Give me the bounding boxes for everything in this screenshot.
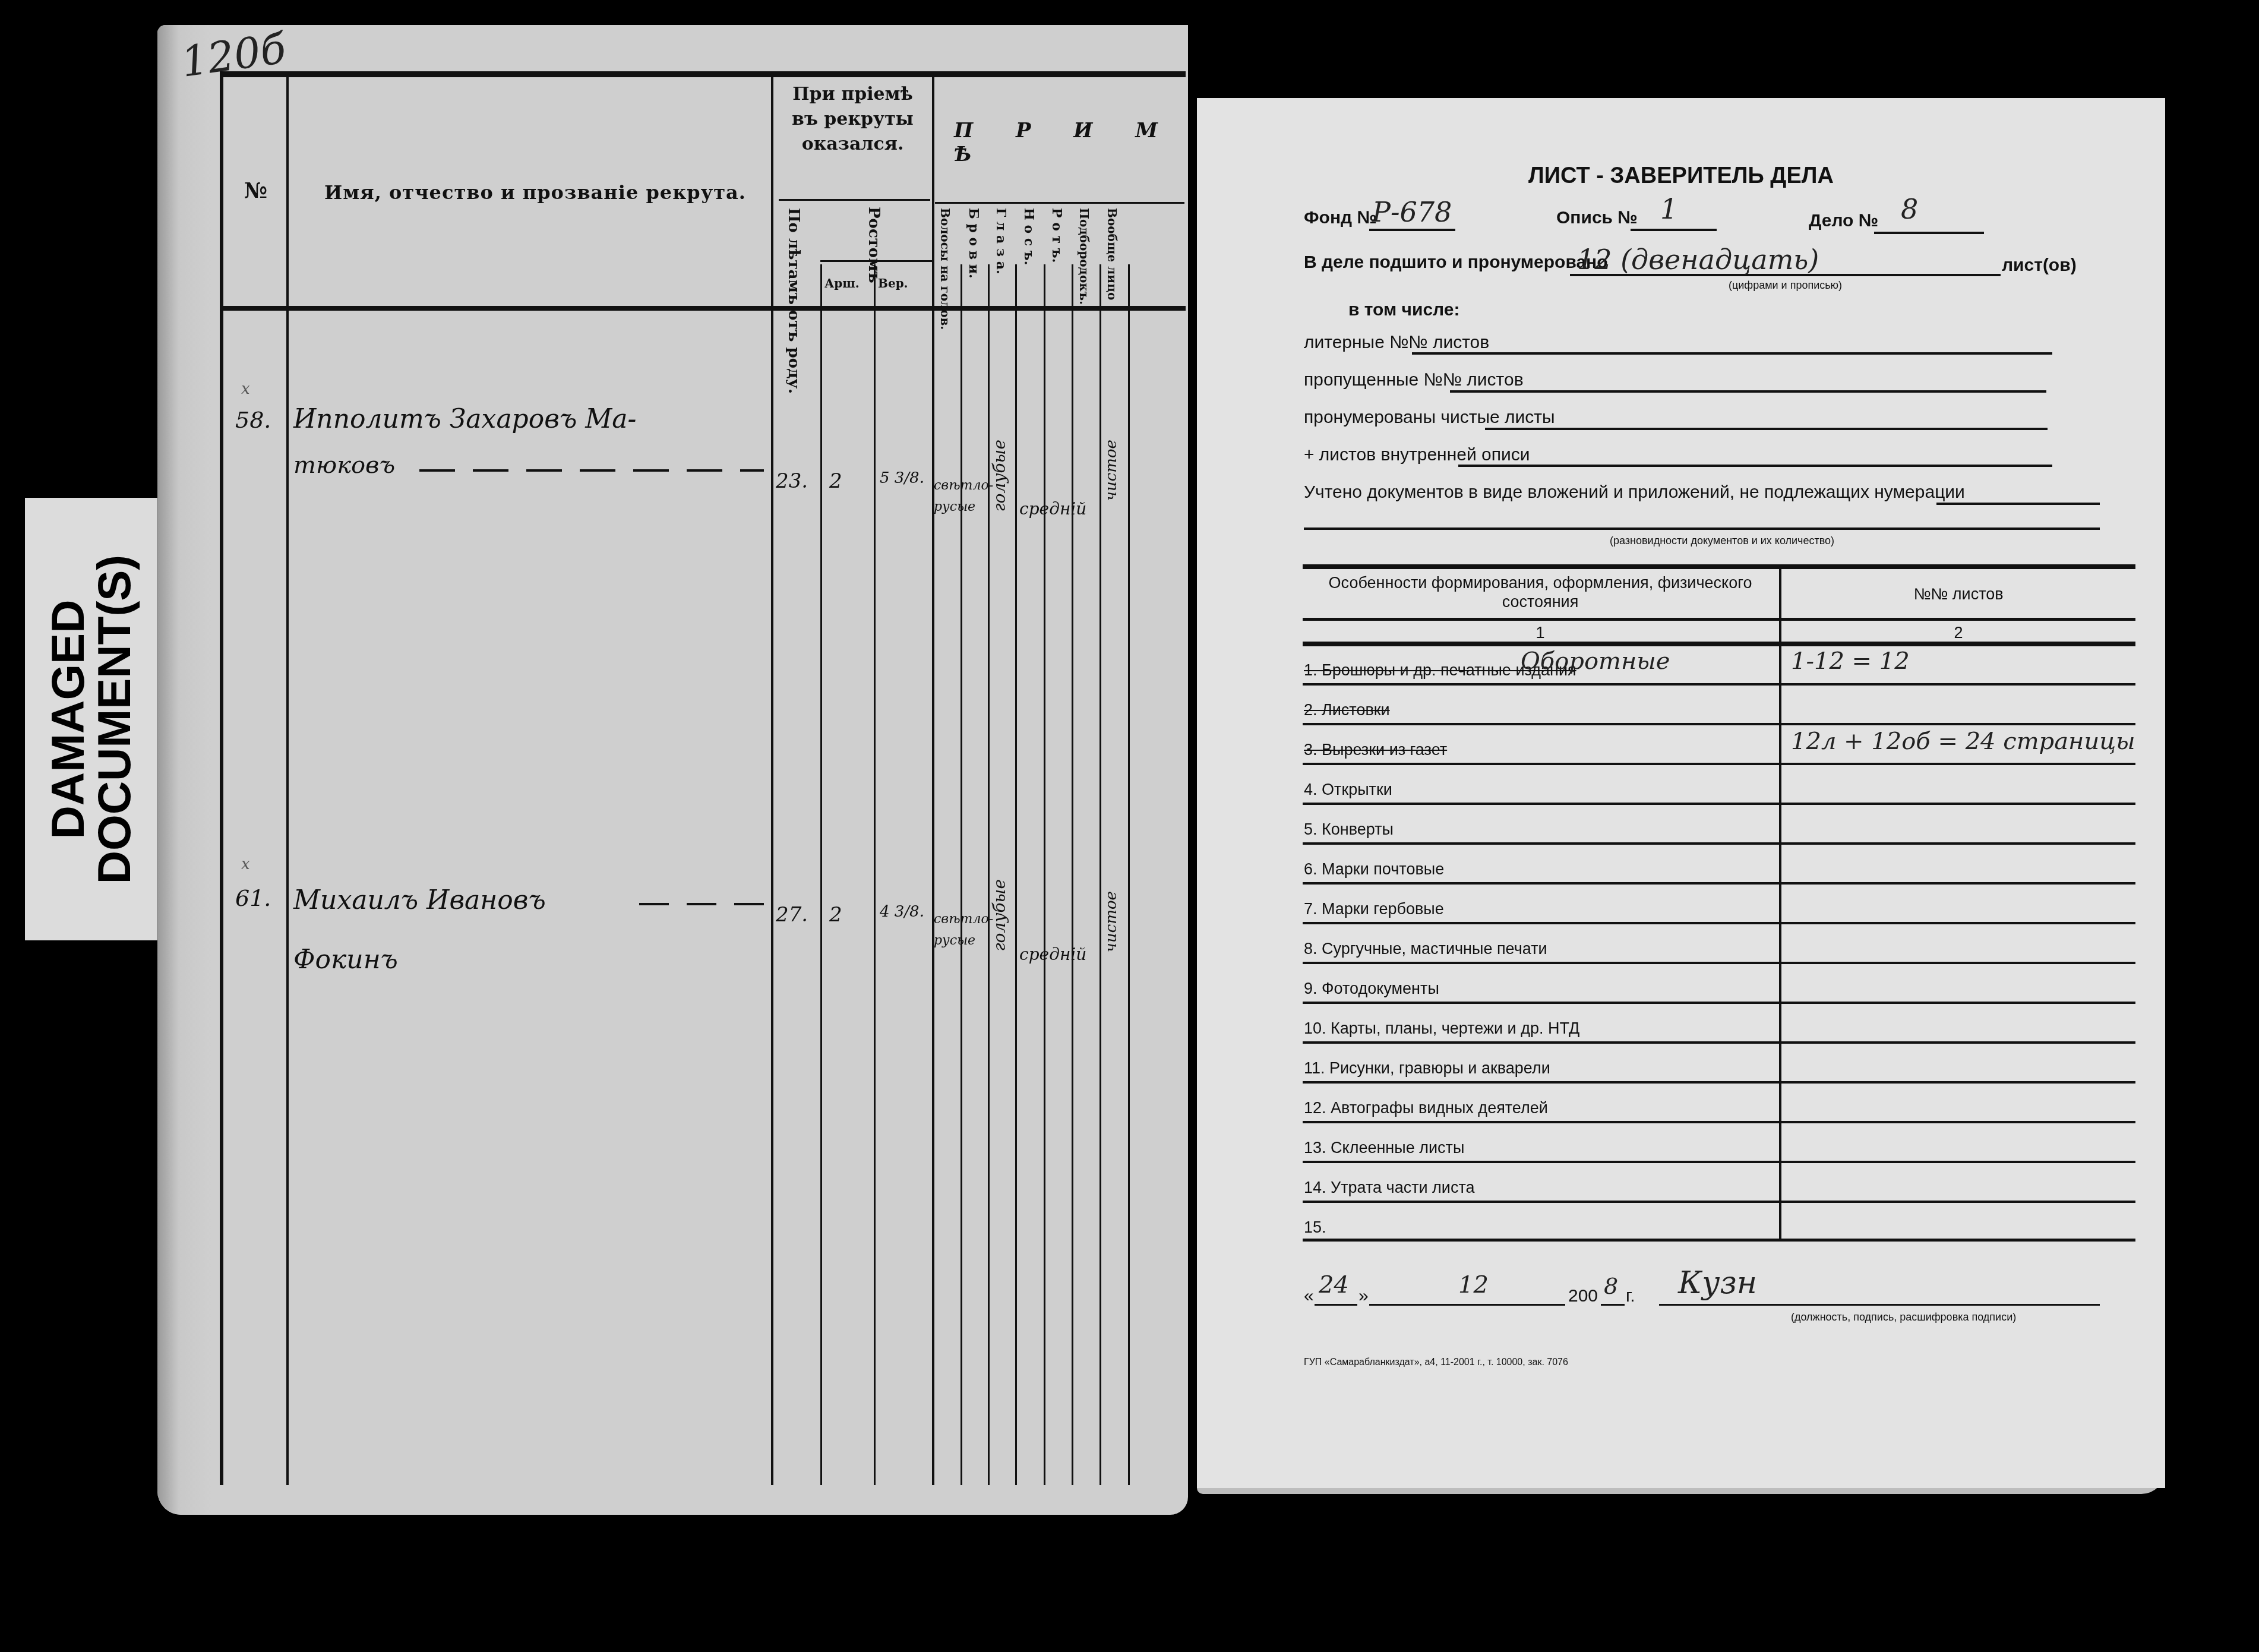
header-chin: Подбородокъ. xyxy=(1077,208,1091,305)
opis-value[interactable]: 1 xyxy=(1660,193,1677,225)
table-row-sheets[interactable]: 12л + 12об = 24 страницы xyxy=(1791,728,2135,755)
entry-mark: x xyxy=(241,380,250,398)
lettered-label: литерные №№ листов xyxy=(1304,333,1489,353)
entry-face: чистое xyxy=(1102,440,1120,501)
blank-numbered-field[interactable] xyxy=(1485,428,2048,430)
attachments-field-2[interactable] xyxy=(1304,527,2100,530)
including-label: в том числе: xyxy=(1348,300,1459,320)
col-divider xyxy=(874,264,876,1485)
certification-sheet: ЛИСТ - ЗАВЕРИТЕЛЬ ДЕЛА Фонд № Р-678 Опис… xyxy=(1197,98,2165,1488)
entry-chin: средній xyxy=(1019,499,1086,519)
table-row-rule xyxy=(1303,962,2135,964)
blank-numbered-label: пронумерованы чистые листы xyxy=(1304,408,1555,428)
table-row-label: 2. Листовки xyxy=(1304,701,1390,719)
day-underline xyxy=(1315,1304,1357,1306)
entry-name: Михаилъ Ивановъ xyxy=(293,885,546,915)
header-top-rule xyxy=(223,71,1186,77)
signature-hint: (должность, подпись, расшифровка подписи… xyxy=(1791,1311,2016,1324)
fill-dashes xyxy=(639,903,764,905)
recruit-ledger-page: 120б № Имя, отчество и прозваніе рекрута… xyxy=(157,25,1188,1515)
delo-underline xyxy=(1874,232,1984,234)
table-rule xyxy=(1303,618,2135,621)
col-divider xyxy=(932,71,934,1485)
col-divider xyxy=(286,71,289,1485)
table-colnum-1: 1 xyxy=(1303,624,1778,642)
table-row-rule xyxy=(1303,1002,2135,1004)
table-header-col2: №№ листов xyxy=(1781,585,2135,604)
entry-arshin: 2 xyxy=(829,469,842,493)
table-row-rule xyxy=(1303,922,2135,924)
damaged-label-line1: DAMAGED xyxy=(45,554,91,884)
header-vershok: Вер. xyxy=(878,276,908,290)
opis-underline xyxy=(1631,229,1717,231)
printer-imprint: ГУП «Самарабланкиздат», а4, 11-2001 г., … xyxy=(1304,1357,1568,1368)
table-row-label: 5. Конверты xyxy=(1304,820,1394,839)
entry-name: Ипполитъ Захаровъ Ма- xyxy=(293,404,636,434)
entry-eyes: голубые xyxy=(990,879,1009,952)
damaged-document-label: DAMAGED DOCUMENT(S) xyxy=(25,498,163,940)
col-divider xyxy=(771,71,773,1485)
col-divider xyxy=(1015,264,1017,1485)
fond-underline xyxy=(1369,229,1455,231)
table-row-rule xyxy=(1303,1081,2135,1084)
table-row-rule xyxy=(1303,803,2135,805)
opis-label: Опись № xyxy=(1556,208,1638,228)
ledger-spine xyxy=(157,25,211,1515)
fond-label: Фонд № xyxy=(1304,208,1377,228)
table-bottom-rule xyxy=(1303,1239,2135,1242)
table-top-rule xyxy=(1303,564,2135,569)
table-row-rule xyxy=(1303,763,2135,765)
header-reception-group: При пріемѣ въ рекруты оказался. xyxy=(777,82,928,157)
entry-vershok: 5 3/8. xyxy=(880,469,924,487)
sewn-value[interactable]: 12 (двенадцать) xyxy=(1577,244,1819,276)
sewn-suffix: лист(ов) xyxy=(2002,255,2077,276)
header-arshin: Арш. xyxy=(824,276,860,290)
date-year-unit: г. xyxy=(1626,1286,1635,1306)
header-height-group: Ростомъ xyxy=(865,207,883,283)
year-underline xyxy=(1601,1304,1625,1306)
entry-age: 23. xyxy=(776,469,808,493)
header-brows: Б р о в и. xyxy=(966,208,981,279)
table-row-rule xyxy=(1303,723,2135,725)
attachments-field[interactable] xyxy=(1936,503,2100,505)
entry-mark: x xyxy=(241,855,250,873)
damaged-label-text: DAMAGED DOCUMENT(S) xyxy=(45,554,137,884)
signature-underline xyxy=(1659,1304,2100,1306)
skipped-label: пропущенные №№ листов xyxy=(1304,370,1524,390)
table-row-rule xyxy=(1303,1161,2135,1163)
attachments-label: Учтено документов в виде вложений и прил… xyxy=(1304,482,1965,503)
ledger-table: № Имя, отчество и прозваніе рекрута. При… xyxy=(220,71,1186,1485)
lettered-field[interactable] xyxy=(1412,352,2052,355)
subheader-rule xyxy=(779,199,930,201)
header-hair: Волосы на голов. xyxy=(938,208,952,330)
damaged-label-line2: DOCUMENT(S) xyxy=(91,554,137,884)
skipped-field[interactable] xyxy=(1450,390,2046,393)
table-row-note[interactable]: Оборотные xyxy=(1521,647,1670,675)
table-column-divider xyxy=(1779,564,1781,1239)
entry-age: 27. xyxy=(776,903,808,927)
header-number: № xyxy=(244,178,267,203)
table-row-sheets[interactable]: 1-12 = 12 xyxy=(1791,647,1910,675)
header-name: Имя, отчество и прозваніе рекрута. xyxy=(324,181,746,204)
table-row-label: 15. xyxy=(1304,1218,1326,1237)
delo-value[interactable]: 8 xyxy=(1901,193,1918,225)
header-nose: Н о с ъ. xyxy=(1021,208,1037,265)
entry-arshin: 2 xyxy=(829,903,842,927)
date-close-quote: » xyxy=(1358,1286,1369,1306)
header-mouth: Р о т ъ. xyxy=(1049,208,1064,263)
table-row-label: 8. Сургучные, мастичные печати xyxy=(1304,940,1547,958)
attachments-hint: (разновидности документов и их количеств… xyxy=(1610,535,1834,547)
table-row-rule xyxy=(1303,842,2135,845)
entry-chin: средній xyxy=(1019,945,1086,964)
date-open-quote: « xyxy=(1304,1286,1314,1306)
col-divider xyxy=(820,264,822,1485)
entry-name-cont: Фокинъ xyxy=(293,945,398,975)
entry-hair: свѣтло-русые xyxy=(934,909,987,952)
table-row-label: 4. Открытки xyxy=(1304,781,1392,799)
table-row-rule xyxy=(1303,683,2135,686)
table-row-label: 9. Фотодокументы xyxy=(1304,980,1439,998)
table-row-label: 7. Марки гербовые xyxy=(1304,900,1444,918)
entry-number: 58. xyxy=(235,407,271,433)
table-row-label: 10. Карты, планы, чертежи и др. НТД xyxy=(1304,1019,1579,1038)
internal-inventory-label: + листов внутренней описи xyxy=(1304,445,1530,465)
table-row-rule xyxy=(1303,1201,2135,1203)
header-eyes: Г л а з а. xyxy=(993,208,1009,274)
table-row-rule xyxy=(1303,1121,2135,1123)
header-bottom-rule xyxy=(223,306,1186,311)
subheader-rule xyxy=(935,202,1184,204)
signature[interactable]: Кузн xyxy=(1678,1265,1757,1301)
col-divider xyxy=(1072,264,1073,1485)
header-face: Вообще лицо xyxy=(1105,208,1119,300)
internal-inventory-field[interactable] xyxy=(1458,465,2052,467)
date-year-prefix: 200 xyxy=(1568,1286,1598,1306)
header-age: По лѣтамъ отъ роду. xyxy=(785,208,803,303)
table-row-label: 6. Марки почтовые xyxy=(1304,860,1444,879)
fond-value[interactable]: Р-678 xyxy=(1372,196,1452,228)
entry-number: 61. xyxy=(235,885,271,911)
sewn-label: В деле подшито и пронумеровано xyxy=(1304,252,1608,273)
entry-hair: свѣтло-русые xyxy=(934,475,987,518)
table-header-col1: Особенности формирования, оформления, фи… xyxy=(1303,573,1778,611)
date-year-suffix[interactable]: 8 xyxy=(1604,1273,1618,1299)
col-divider xyxy=(1128,264,1130,1485)
col-divider xyxy=(1100,264,1101,1485)
delo-label: Дело № xyxy=(1809,211,1878,231)
entry-eyes: голубые xyxy=(990,440,1009,512)
table-row-rule xyxy=(1303,1041,2135,1044)
entry-name-cont: тюковъ xyxy=(293,451,395,479)
table-row-rule xyxy=(1303,882,2135,885)
table-row-label: 12. Автографы видных деятелей xyxy=(1304,1099,1548,1117)
table-row-label: 11. Рисунки, гравюры и акварели xyxy=(1304,1059,1550,1078)
fill-dashes xyxy=(419,469,764,472)
date-day[interactable]: 24 xyxy=(1319,1271,1349,1299)
table-rule xyxy=(1303,642,2135,646)
table-row-label: 3. Вырезки из газет xyxy=(1304,741,1447,759)
sewn-hint: (цифрами и прописью) xyxy=(1729,279,1842,292)
entry-vershok: 4 3/8. xyxy=(880,903,924,921)
table-colnum-2: 2 xyxy=(1781,624,2135,642)
entry-face: чистое xyxy=(1102,891,1120,952)
header-remarks-group: П Р И М Ѣ xyxy=(954,119,1186,166)
cert-title: ЛИСТ - ЗАВЕРИТЕЛЬ ДЕЛА xyxy=(1197,163,2165,189)
col-divider xyxy=(1044,264,1045,1485)
col-divider xyxy=(961,264,962,1485)
table-row-label: 13. Склеенные листы xyxy=(1304,1139,1464,1157)
date-month[interactable]: 12 xyxy=(1458,1271,1489,1299)
month-underline xyxy=(1369,1304,1565,1306)
table-row-label: 14. Утрата части листа xyxy=(1304,1179,1475,1197)
